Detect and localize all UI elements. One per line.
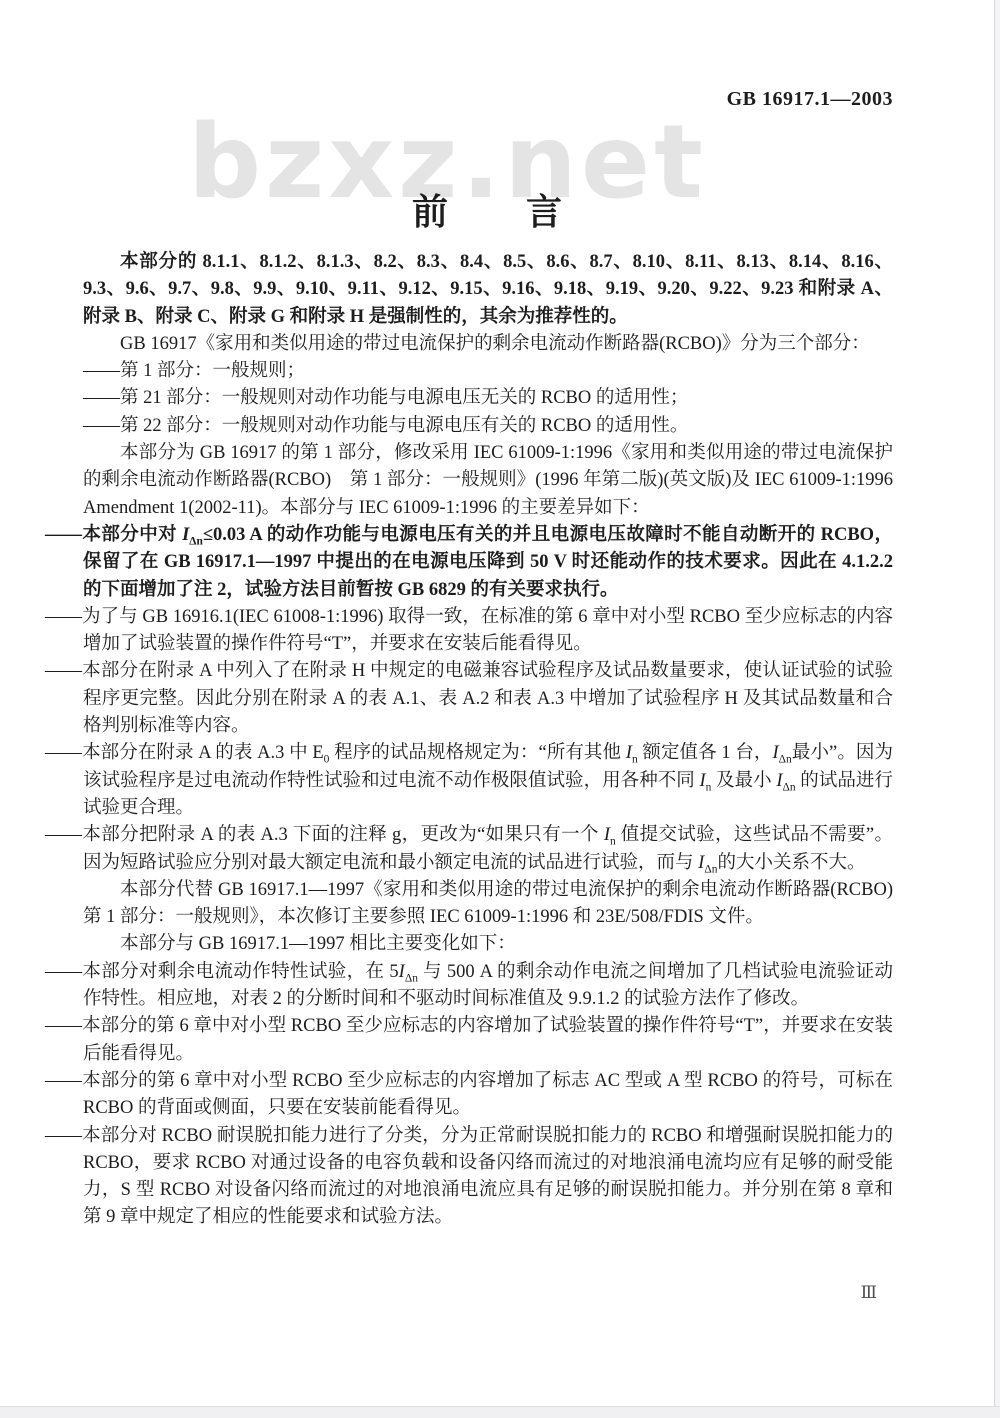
paragraph: 本部分与 GB 16917.1—1997 相比主要变化如下： (83, 931, 893, 958)
document-page: { "page": { "standard_number": "GB 16917… (0, 0, 1000, 1418)
paragraph: ——本部分把附录 A 的表 A.3 下面的注释 g，更改为“如果只有一个 In … (83, 822, 893, 877)
paragraph: ——第 21 部分：一般规则对动作功能与电源电压无关的 RCBO 的适用性； (83, 385, 893, 412)
paragraph: ——为了与 GB 16916.1(IEC 61008-1:1996) 取得一致，… (83, 604, 893, 659)
scan-edge-bottom-band (0, 1406, 1000, 1418)
paragraph: 本部分为 GB 16917 的第 1 部分，修改采用 IEC 61009-1:1… (83, 440, 893, 522)
standard-number-header: GB 16917.1—2003 (83, 88, 893, 111)
paragraph: ——本部分对 RCBO 耐误脱扣能力进行了分类，分为正常耐误脱扣能力的 RCBO… (83, 1123, 893, 1232)
paragraph: ——第 22 部分：一般规则对动作功能与电源电压有关的 RCBO 的适用性。 (83, 413, 893, 440)
paragraph: ——本部分中对 IΔn≤0.03 A 的动作功能与电源电压有关的并且电源电压故障… (83, 522, 893, 604)
paragraph: ——本部分的第 6 章中对小型 RCBO 至少应标志的内容增加了标志 AC 型或… (83, 1068, 893, 1123)
paragraph: ——本部分在附录 A 中列入了在附录 H 中规定的电磁兼容试验程序及试品数量要求… (83, 658, 893, 740)
scan-edge-right-band (995, 0, 1000, 1418)
paragraph: ——第 1 部分：一般规则； (83, 358, 893, 385)
paragraph: 本部分的 8.1.1、8.1.2、8.1.3、8.2、8.3、8.4、8.5、8… (83, 249, 893, 331)
paragraph: GB 16917《家用和类似用途的带过电流保护的剩余电流动作断路器(RCBO)》… (83, 331, 893, 358)
paragraph: ——本部分在附录 A 的表 A.3 中 E0 程序的试品规格规定为：“所有其他 … (83, 740, 893, 822)
paragraph: ——本部分的第 6 章中对小型 RCBO 至少应标志的内容增加了试验装置的操作件… (83, 1013, 893, 1068)
document-body: 本部分的 8.1.1、8.1.2、8.1.3、8.2、8.3、8.4、8.5、8… (83, 249, 893, 1232)
page-number: Ⅲ (83, 1283, 877, 1303)
paragraph: ——本部分对剩余电流动作特性试验，在 5IΔn 与 500 A 的剩余动作电流之… (83, 959, 893, 1014)
paragraph: 本部分代替 GB 16917.1—1997《家用和类似用途的带过电流保护的剩余电… (83, 877, 893, 932)
page-title: 前 言 (83, 184, 893, 235)
